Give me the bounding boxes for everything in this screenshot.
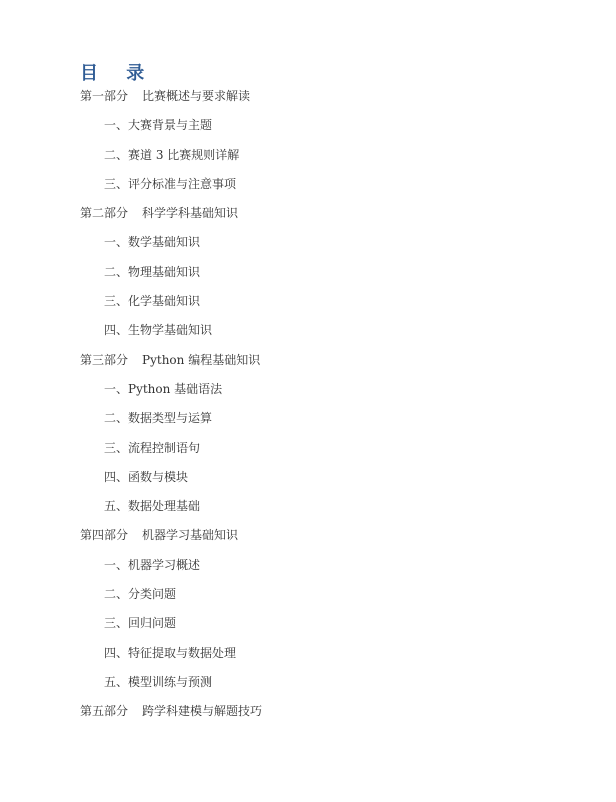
subitem-title: 二、分类问题 <box>104 587 176 601</box>
subitem-title: 四、生物学基础知识 <box>104 323 212 337</box>
subitem-title: 五、模型训练与预测 <box>104 675 212 689</box>
part-number: 第二部分 <box>80 204 128 222</box>
toc-subitem[interactable]: 二、物理基础知识 <box>0 263 616 292</box>
part-title: 机器学习基础知识 <box>142 528 238 542</box>
part-number: 第四部分 <box>80 526 128 544</box>
toc-subitem[interactable]: 三、评分标准与注意事项 <box>0 175 616 204</box>
part-title: Python 编程基础知识 <box>142 353 260 367</box>
part-title: 科学学科基础知识 <box>142 206 238 220</box>
toc-subitem[interactable]: 四、函数与模块 <box>0 468 616 497</box>
part-title: 跨学科建模与解题技巧 <box>142 704 262 718</box>
toc-subitem[interactable]: 三、回归问题 <box>0 614 616 643</box>
toc-subitem[interactable]: 二、分类问题 <box>0 585 616 614</box>
part-number: 第一部分 <box>80 87 128 105</box>
document-page: 目 录 第一部分比赛概述与要求解读 一、大赛背景与主题 二、赛道 3 比赛规则详… <box>0 0 616 802</box>
toc-part-5[interactable]: 第五部分跨学科建模与解题技巧 <box>0 702 616 731</box>
subitem-title: 一、大赛背景与主题 <box>104 118 212 132</box>
subitem-title: 三、回归问题 <box>104 616 176 630</box>
subitem-title: 四、函数与模块 <box>104 470 188 484</box>
subitem-title: 三、化学基础知识 <box>104 294 200 308</box>
subitem-title: 三、评分标准与注意事项 <box>104 177 236 191</box>
toc-subitem[interactable]: 五、模型训练与预测 <box>0 673 616 702</box>
toc-part-4[interactable]: 第四部分机器学习基础知识 <box>0 526 616 555</box>
subitem-title: 二、赛道 3 比赛规则详解 <box>104 148 239 162</box>
subitem-title: 一、数学基础知识 <box>104 235 200 249</box>
toc-subitem[interactable]: 一、数学基础知识 <box>0 233 616 262</box>
toc-subitem[interactable]: 一、大赛背景与主题 <box>0 116 616 145</box>
subitem-title: 三、流程控制语句 <box>104 441 200 455</box>
subitem-title: 二、物理基础知识 <box>104 265 200 279</box>
subitem-title: 四、特征提取与数据处理 <box>104 646 236 660</box>
toc-subitem[interactable]: 四、特征提取与数据处理 <box>0 644 616 673</box>
toc-part-3[interactable]: 第三部分Python 编程基础知识 <box>0 351 616 380</box>
toc-part-1[interactable]: 第一部分比赛概述与要求解读 <box>0 87 616 116</box>
part-number: 第五部分 <box>80 702 128 720</box>
subitem-title: 五、数据处理基础 <box>104 499 200 513</box>
toc-subitem[interactable]: 三、化学基础知识 <box>0 292 616 321</box>
toc-subitem[interactable]: 二、赛道 3 比赛规则详解 <box>0 146 616 175</box>
toc-subitem[interactable]: 四、生物学基础知识 <box>0 321 616 350</box>
toc-title: 目 录 <box>80 63 155 85</box>
toc-subitem[interactable]: 五、数据处理基础 <box>0 497 616 526</box>
toc-subitem[interactable]: 三、流程控制语句 <box>0 439 616 468</box>
toc-subitem[interactable]: 一、Python 基础语法 <box>0 380 616 409</box>
subitem-title: 一、机器学习概述 <box>104 558 200 572</box>
toc-subitem[interactable]: 二、数据类型与运算 <box>0 409 616 438</box>
part-number: 第三部分 <box>80 351 128 369</box>
subitem-title: 一、Python 基础语法 <box>104 382 222 396</box>
toc-part-2[interactable]: 第二部分科学学科基础知识 <box>0 204 616 233</box>
toc-subitem[interactable]: 一、机器学习概述 <box>0 556 616 585</box>
part-title: 比赛概述与要求解读 <box>142 89 250 103</box>
table-of-contents: 第一部分比赛概述与要求解读 一、大赛背景与主题 二、赛道 3 比赛规则详解 三、… <box>0 87 616 732</box>
subitem-title: 二、数据类型与运算 <box>104 411 212 425</box>
